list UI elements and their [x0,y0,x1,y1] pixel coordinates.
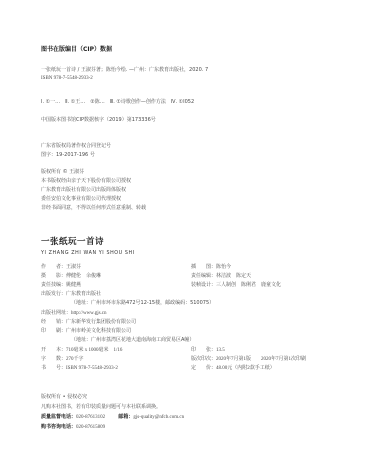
email-link[interactable]: gjs-quality@nfcb.com.cn [133,415,184,420]
author-row: 作 者：王淑芬 [41,264,81,270]
words-value: 270千字 [66,357,84,362]
cip-number: 中国版本图书馆CIP数据核字（2019）第173336号 [41,117,156,123]
publisher-address: （地址：广州市环市东路472号12-15楼，邮政编码：510075） [71,300,214,306]
edition-row: 版次印次：2020年7月第1版 2020年7月第1次印刷 [191,356,306,363]
isbn-row: 书 号：ISBN 978-7-5548-2933-2 [41,365,118,372]
edition-value: 2020年7月第1版 2020年7月第1次印刷 [216,357,306,362]
editor-label: 责任编辑： [191,273,216,279]
publisher-label: 出版发行： [41,291,66,297]
editor-value: 林洁波 陈定天 [216,273,251,279]
rights-line: 广东教育出版社有限公司出版简体版权 [41,187,126,193]
tech-editor-row: 责任技编：姚健燕 [41,282,81,288]
isbn-value: ISBN 978-7-5548-2933-2 [66,366,118,371]
purchase-phone-label: 购书咨询电话： [41,424,76,430]
author-label: 作 者： [41,264,66,270]
format-label: 开 本： [41,347,66,353]
price-label: 定 价： [191,365,216,371]
website-row: 出版社网址：http://www.gjs.cn [41,310,107,317]
copyright-registration-number: 图字：19-2017-196 号 [41,152,95,158]
photo-label: 摄 影： [41,273,66,279]
purchase-phone: 020-87615809 [76,425,105,430]
cip-isbn: ISBN 978-7-5548-2933-2 [41,76,93,82]
illustrator-row: 插 图：陈怡今 [191,264,231,270]
photo-value: 傅健伦 余俊琳 [66,273,101,279]
quality-row: 质量监督电话：020-87613102 邮箱：gjs-quality@nfcb.… [41,414,184,421]
footer-rights: 版权所有 • 侵权必究 [41,394,87,400]
purchase-row: 购书咨询电话：020-87615809 [41,424,105,431]
rights-line: 非经书面同意，不得以任何形式任意重制、转载 [41,205,146,211]
cip-record: 一张纸玩一首诗 / 王淑芬著；陈怡今绘. —广州：广东教育出版社，2020. 7 [41,67,208,73]
isbn-label: 书 号： [41,365,66,371]
price-row: 定 价：48.00元（内附2款手工纸） [191,365,275,372]
quality-phone-label: 质量监督电话： [41,414,76,420]
tech-editor-value: 姚健燕 [66,282,81,288]
format-row: 开 本：710毫米 x 1000毫米 1/16 [41,347,122,354]
sheets-row: 印 张：13.5 [191,347,225,354]
design-label: 装帧设计： [191,282,216,288]
printer-row: 印 刷：广州市岭美文化科技有限公司 [41,328,131,334]
distributor-row: 经 销：广东新华发行集团股份有限公司 [41,319,136,325]
sheets-label: 印 张： [191,347,216,353]
illustrator-value: 陈怡今 [216,264,231,270]
format-value: 710毫米 x 1000毫米 1/16 [66,348,122,353]
illustrator-label: 插 图： [191,264,216,270]
rights-line: 本书版权经由亲子天下股份有限公司授权 [41,178,131,184]
quality-phone: 020-87613102 [76,415,105,420]
distributor-label: 经 销： [41,319,66,325]
edition-label: 版次印次： [191,356,216,362]
book-title-pinyin: YI ZHANG ZHI WAN YI SHOU SHI [41,251,135,256]
publisher-value: 广东教育出版社 [66,291,101,297]
cip-classification: Ⅰ. ①一… Ⅱ. ①王… ②陈… Ⅲ. ①诗歌创作—创作方法 Ⅳ. ①I052 [41,99,194,105]
printer-value: 广州市岭美文化科技有限公司 [66,328,131,334]
printer-address: （地址：广州市荔湾区花地大道南海南工商贸易区A幢） [71,337,194,343]
printer-label: 印 刷： [41,328,66,334]
rights-line: 版权所有 © 王淑芬 [41,169,84,175]
footer-notice: 凡购本社图书，若有印装质量问题可与本社联系调换。 [41,404,161,410]
cip-heading: 图书在版编目（CIP）数据 [41,44,112,53]
publisher-row: 出版发行：广东教育出版社 [41,291,101,297]
words-row: 字 数：270千字 [41,356,84,363]
sheets-value: 13.5 [216,348,225,353]
editor-row: 责任编辑：林洁波 陈定天 [191,273,251,279]
price-value: 48.00元（内附2款手工纸） [216,366,275,371]
design-row: 装帧设计：三人制创 陈俐君 鹿童文化 [191,282,281,288]
book-title: 一张纸玩一首诗 [41,235,104,247]
tech-editor-label: 责任技编： [41,282,66,288]
copyright-registration: 广东省版权局著作权合同登记号 [41,143,111,149]
words-label: 字 数： [41,356,66,362]
rights-line: 委任安伯文化事业有限公司代理授权 [41,196,121,202]
distributor-value: 广东新华发行集团股份有限公司 [66,319,136,325]
author-value: 王淑芬 [66,264,81,270]
email-label: 邮箱： [118,414,133,420]
photo-row: 摄 影：傅健伦 余俊琳 [41,273,101,279]
website-link[interactable]: http://www.gjs.cn [71,311,107,316]
website-label: 出版社网址： [41,310,71,316]
design-value: 三人制创 陈俐君 鹿童文化 [216,282,281,288]
